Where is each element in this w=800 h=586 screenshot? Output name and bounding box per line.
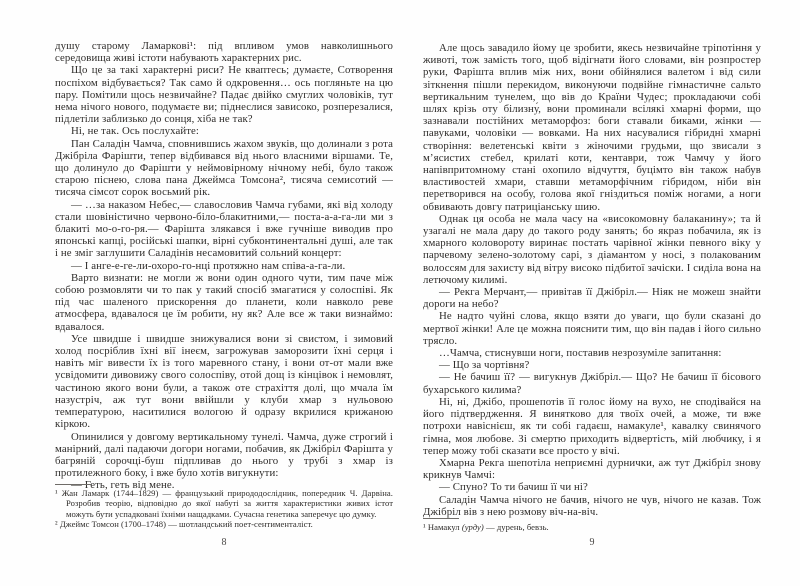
footnote: ¹ Жан Ламарк (1744–1829) — французький п… — [55, 488, 393, 519]
paragraph: — Не бачиш її? — вигукнув Джібріл.— Що? … — [423, 371, 761, 395]
paragraph: душу старому Ламаркові¹: під впливом умо… — [55, 40, 393, 64]
paragraph: Але щось завадило йому це зробити, якесь… — [423, 42, 761, 213]
page-left-text-column: душу старому Ламаркові¹: під впливом умо… — [55, 40, 393, 492]
paragraph: — І анге-е-ге-ли-охоро-го-нці протяжно н… — [55, 260, 393, 272]
paragraph: — Що за чортівня? — [423, 359, 761, 371]
footnotes-left: ¹ Жан Ламарк (1744–1829) — французький п… — [55, 484, 393, 530]
paragraph: Опинилися у довгому вертикальному тунелі… — [55, 431, 393, 480]
paragraph: Не надто чуйні слова, якщо взяти до уваг… — [423, 310, 761, 347]
footnote-lead: ¹ Намакул — [423, 522, 462, 532]
paragraph: — …за наказом Небес,— славословив Чамча … — [55, 199, 393, 260]
paragraph: Однак ця особа не мала часу на «високомо… — [423, 213, 761, 286]
paragraph: Хмарна Рекга шепотіла неприємні дурнички… — [423, 457, 761, 481]
footnote-rest: — дурень, бевзь. — [484, 522, 549, 532]
paragraph: Саладін Чамча нічого не бачив, нічого не… — [423, 494, 761, 518]
paragraph: Варто визнати: не могли ж вони один одно… — [55, 272, 393, 333]
paragraph: Ні, не так. Ось послухайте: — [55, 125, 393, 137]
footnote-separator — [423, 518, 459, 519]
paragraph: …Чамча, стиснувши ноги, поставив незрозу… — [423, 347, 761, 359]
page-number-left: 8 — [55, 537, 393, 548]
footnote: ² Джеймс Томсон (1700–1748) — шотландськ… — [55, 519, 393, 529]
page-right-text-column: Але щось завадило йому це зробити, якесь… — [423, 42, 761, 518]
footnote: ¹ Намакул (урду) — дурень, бевзь. — [423, 522, 761, 532]
paragraph: — Спуно? То ти бачиш її чи ні? — [423, 481, 761, 493]
paragraph: Ні, ні, Джібо, прошепотів її голос йому … — [423, 396, 761, 457]
footnotes-right: ¹ Намакул (урду) — дурень, бевзь. — [423, 518, 761, 532]
book-spread: душу старому Ламаркові¹: під впливом умо… — [0, 0, 800, 586]
paragraph: Що це за такі характерні риси? Не квапте… — [55, 64, 393, 125]
footnote-separator — [55, 484, 91, 485]
paragraph: Усе швидше і швидше знижувалися вони зі … — [55, 333, 393, 431]
page-number-right: 9 — [423, 537, 761, 548]
footnote-italic-term: (урду) — [462, 522, 484, 532]
paragraph: Пан Саладін Чамча, сповнившись жахом зву… — [55, 138, 393, 199]
paragraph: — Рекга Мерчант,— привітав її Джібріл.— … — [423, 286, 761, 310]
